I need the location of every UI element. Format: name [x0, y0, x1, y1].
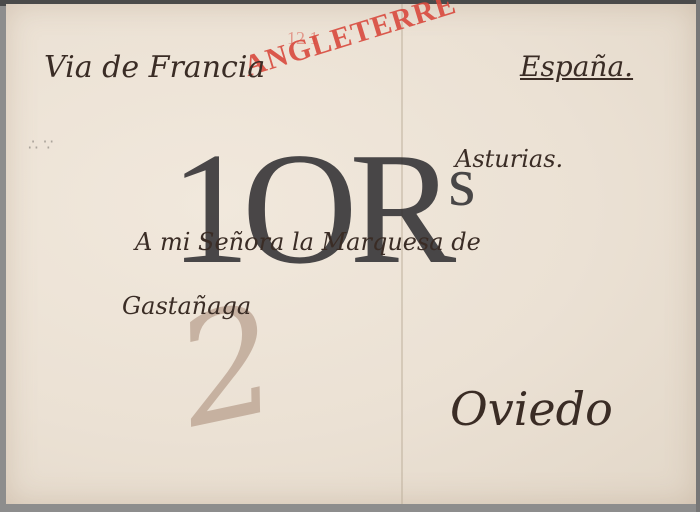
- rate-handstamp: 1ORs: [170, 128, 468, 288]
- faded-postmark: ∴ ∵: [28, 135, 53, 154]
- rate-value: 1OR: [170, 119, 448, 297]
- country-line: España.: [520, 50, 633, 83]
- destination-city: Oviedo: [450, 382, 613, 436]
- region-line: Asturias.: [455, 145, 563, 173]
- addressee-name: Gastañaga: [122, 292, 251, 320]
- addressee-line: A mi Señora la Marquesa de: [135, 228, 481, 256]
- photo-right-edge: [696, 0, 700, 512]
- route-note: Via de Francia: [44, 50, 265, 85]
